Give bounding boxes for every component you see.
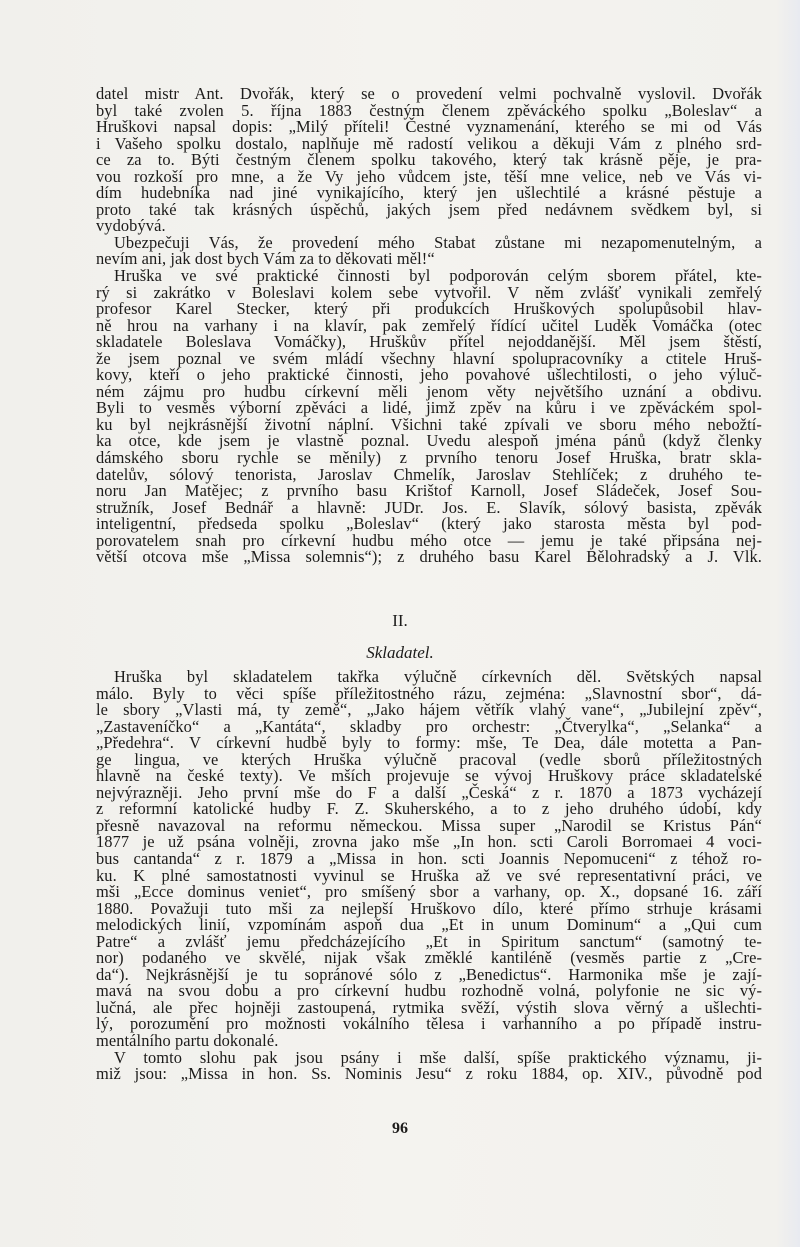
book-page: datel mistr Ant. Dvořák, který se o prov… [0, 0, 800, 1247]
body-text-block-2: Hruška byl skladatelem takřka výlučně cí… [96, 669, 762, 1083]
text-line: proto také tak krásných úspěchů, jakých … [96, 202, 762, 219]
page-number: 96 [0, 1120, 800, 1138]
section-title: Skladatel. [0, 643, 800, 663]
body-text-block-1: datel mistr Ant. Dvořák, který se o prov… [96, 86, 762, 566]
text-line: miž jsou: „Missa in hon. Ss. Nominis Jes… [96, 1066, 762, 1083]
section-number: II. [0, 611, 800, 631]
text-line: větší otcova mše „Missa solemnis“); z dr… [96, 549, 762, 566]
